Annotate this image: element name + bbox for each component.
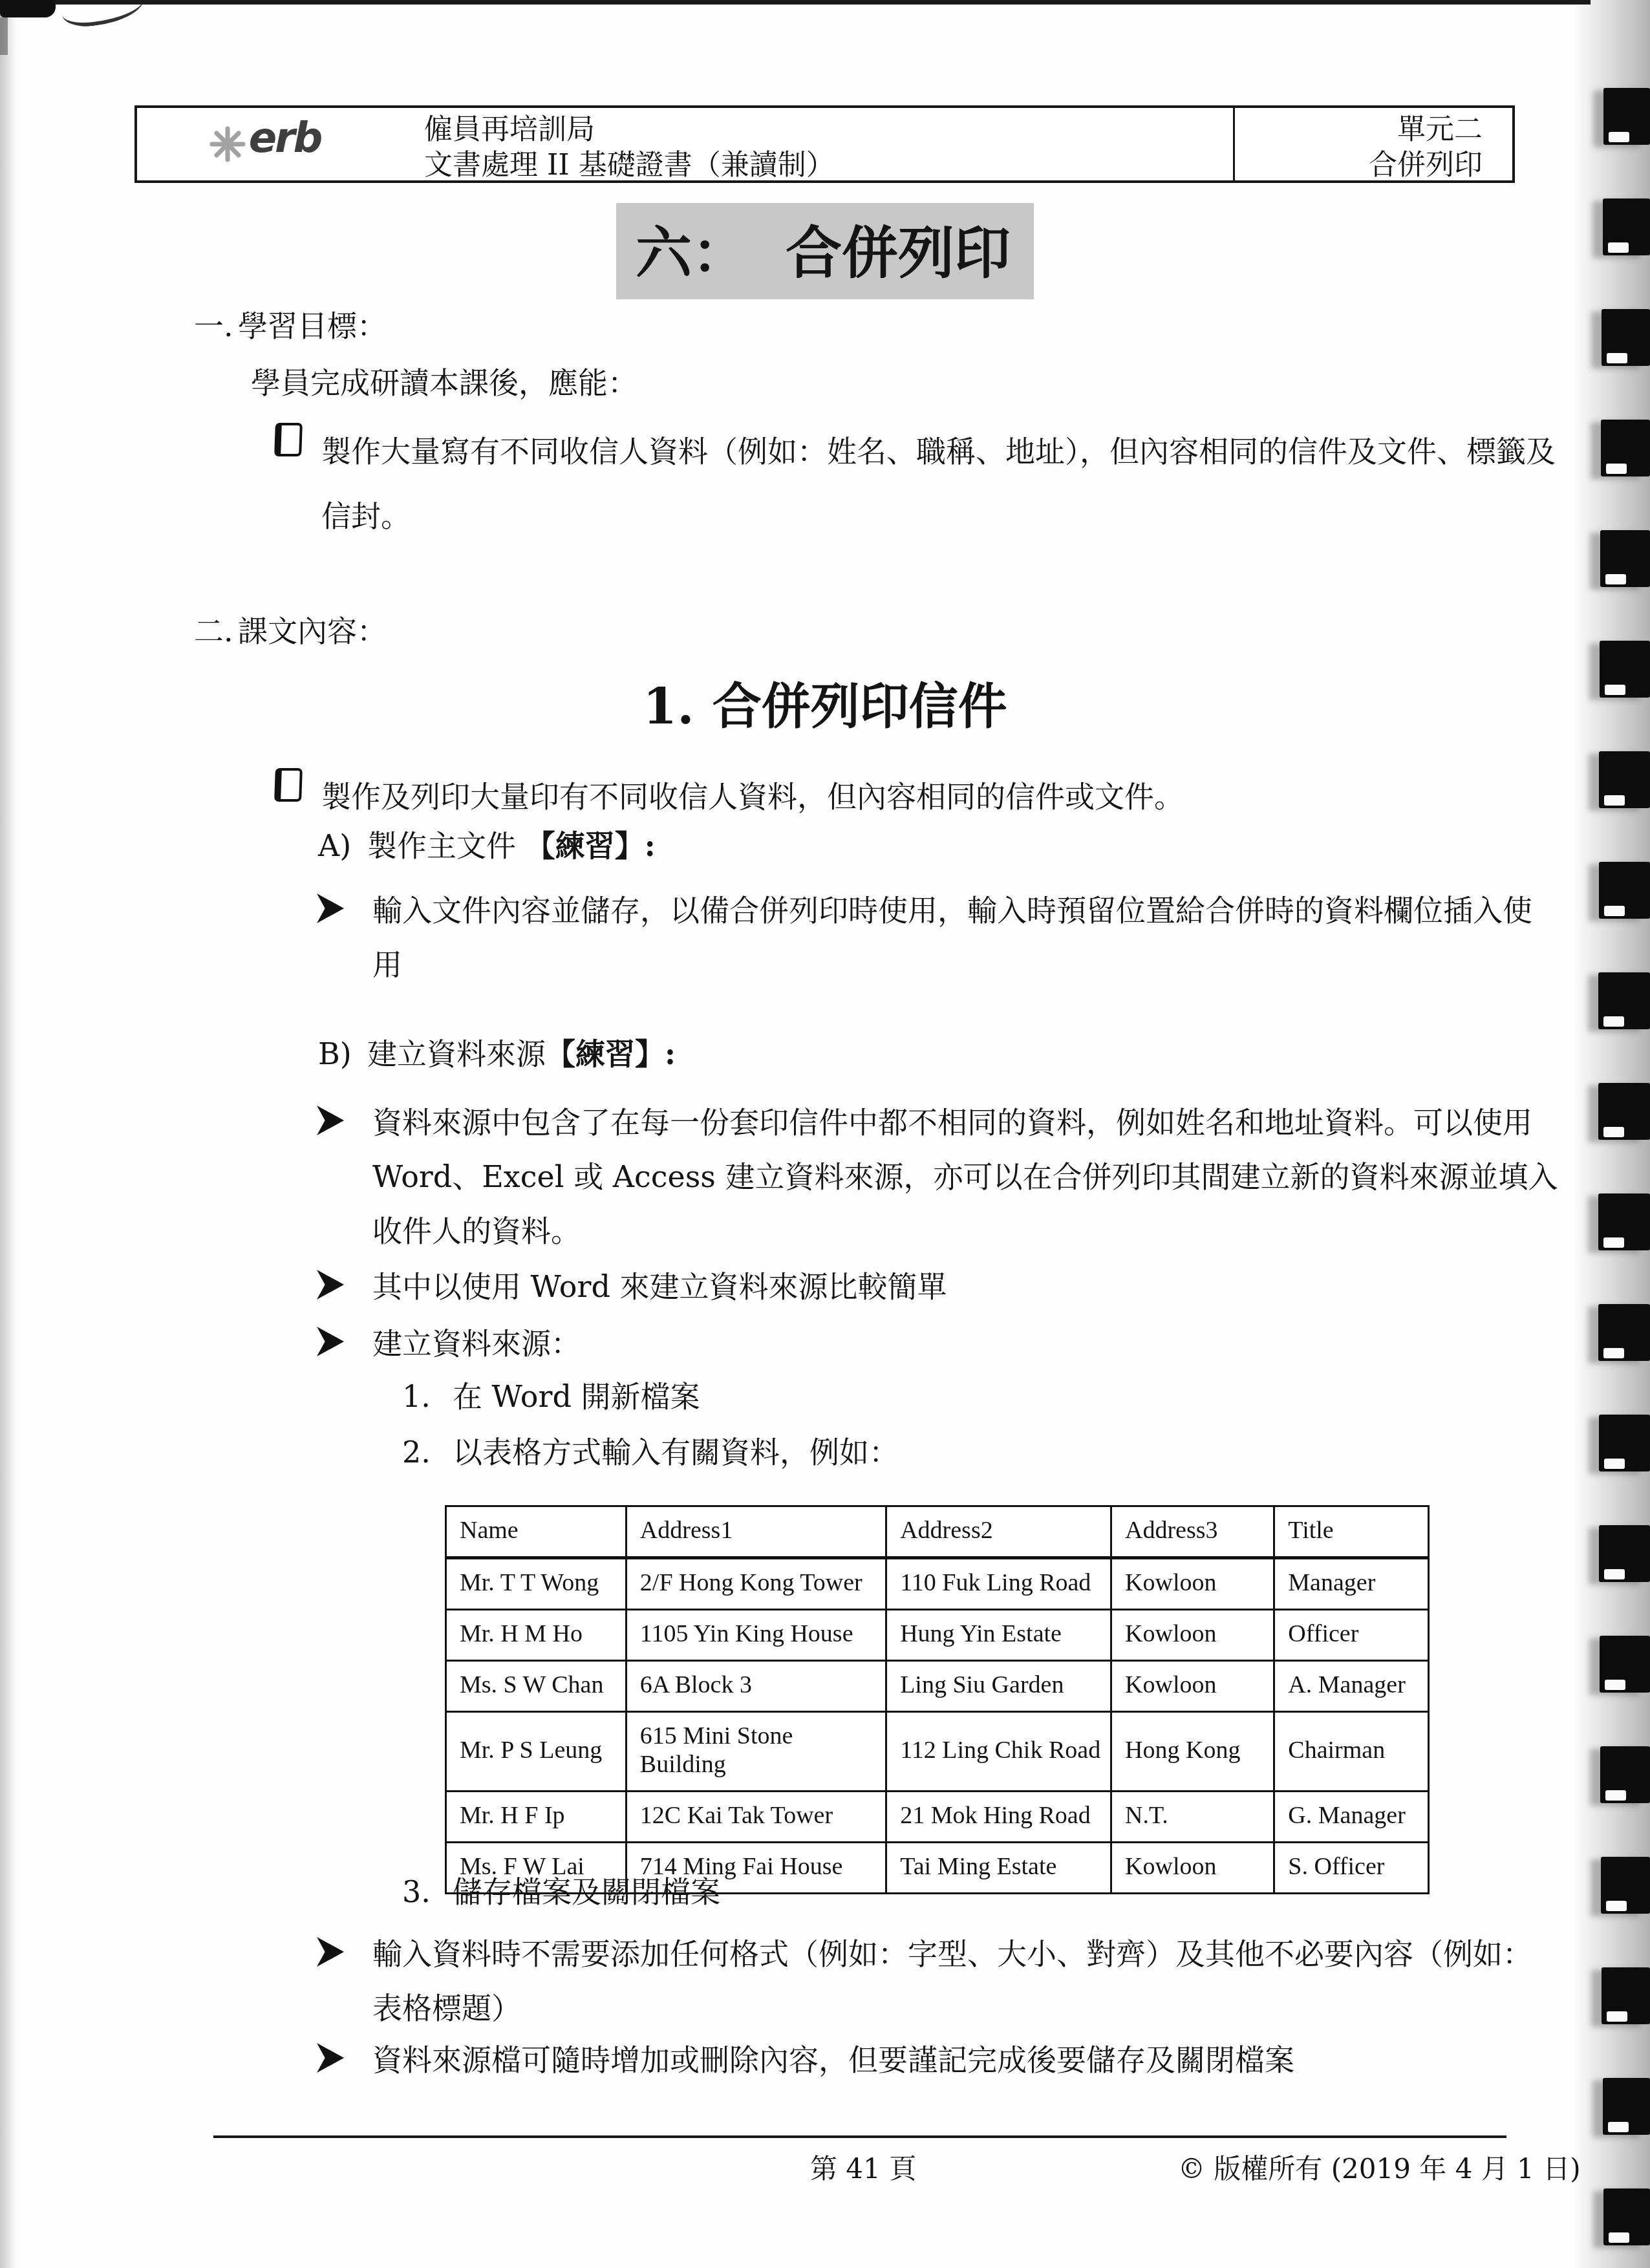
arrow-bullet: 輸入資料時不需要添加任何格式（例如：字型、大小、對齊）及其他不必要內容（例如：表… [317,1927,1532,2035]
step-item: 3.儲存檔案及關閉檔案 [402,1868,720,1911]
arrow-bullet-text: 資料來源中包含了在每一份套印信件中都不相同的資料，例如姓名和地址資料。可以使用 … [372,1095,1578,1258]
table-row: Mr. P S Leung615 Mini Stone Building112 … [446,1712,1429,1792]
chapter-name: 合併列印 [786,220,1011,286]
table-cell: Ling Siu Garden [886,1661,1111,1712]
erb-logo-text: erb [249,114,321,162]
binding-coil [1600,530,1650,587]
top-scan-edge [34,0,1591,5]
binding-coil [1599,751,1650,808]
table-cell: 615 Mini Stone Building [626,1712,886,1792]
org-name: 僱員再培訓局 [424,112,835,147]
table-cell: Chairman [1274,1712,1429,1792]
unit-label: 單元二 [1369,112,1483,147]
table-cell: Kowloon [1111,1661,1274,1712]
subsection-number: 1. [643,678,694,735]
objectives-intro: 學員完成研讀本課後，應能： [251,359,637,402]
arrow-bullet-text: 建立資料來源： [372,1316,1578,1371]
step-number: 2. [402,1435,453,1470]
footer-rule [213,2135,1506,2138]
subsection-title: 1.合併列印信件 [0,667,1650,738]
arrowhead-icon [317,1937,344,1967]
header-org-block: 僱員再培訓局 文書處理 II 基礎證書（兼讀制） [424,112,835,183]
table-cell: Hung Yin Estate [886,1610,1111,1661]
step-number: 1. [402,1379,453,1414]
arrowhead-icon [317,2043,344,2073]
table-cell: Hong Kong [1111,1712,1274,1792]
binding-coil [1602,1967,1650,2024]
arrow-bullet: 其中以使用 Word 來建立資料來源比較簡單 [317,1259,1578,1314]
table-cell: 21 Mok Hing Road [886,1792,1111,1843]
item-b-label: B) [318,1036,367,1071]
step-item: 1.在 Word 開新檔案 [402,1373,700,1416]
table-cell: 112 Ling Chik Road [886,1712,1111,1792]
arrow-bullet: 建立資料來源： [317,1316,1578,1371]
page-header-box: erb 僱員再培訓局 文書處理 II 基礎證書（兼讀制） 單元二 合併列印 [134,105,1515,183]
item-b-text: 建立資料來源 [367,1036,546,1071]
item-a-text: 製作主文件 [367,828,526,863]
binding-coil [1600,1746,1650,1803]
objectives-bullet: 製作大量寫有不同收信人資料（例如：姓名、職稱、地址），但內容相同的信件及文件、標… [275,419,1574,548]
course-name: 文書處理 II 基礎證書（兼讀制） [424,147,835,183]
arrowhead-icon [317,893,344,923]
column-header: Address3 [1111,1506,1274,1558]
arrow-bullet: 輸入文件內容並儲存，以備合併列印時使用，輸入時預留位置給合併時的資料欄位插入使用 [317,883,1536,992]
table-cell: Mr. T T Wong [446,1558,627,1610]
table-cell: Ms. S W Chan [446,1661,627,1712]
arrowhead-icon [317,1327,344,1356]
page-number: 第 41 頁 [810,2148,916,2187]
erb-logo: erb [209,114,321,162]
binding-coil [1600,1636,1650,1693]
section-objectives-heading: 一.學習目標： [194,303,387,345]
column-header: Address1 [626,1506,886,1558]
binding-coil [1601,1857,1650,1914]
section-title: 學習目標： [238,308,387,343]
table-cell: Officer [1274,1610,1429,1661]
binding-coil [1603,2188,1650,2245]
table-cell: N.T. [1111,1792,1274,1843]
content-bullet: 製作及列印大量印有不同收信人資料，但內容相同的信件或文件。 [275,764,1574,829]
header-divider [1233,108,1235,180]
binding-coil [1598,1193,1650,1250]
item-b: B)建立資料來源【練習】: [318,1031,676,1073]
section-content-heading: 二.課文內容： [194,608,387,650]
content-bullet-text: 製作及列印大量印有不同收信人資料，但內容相同的信件或文件。 [321,764,1574,829]
unit-topic: 合併列印 [1369,147,1483,183]
table-cell: 6A Block 3 [626,1661,886,1712]
arrow-bullet-text: 資料來源檔可隨時增加或刪除內容，但要謹記完成後要儲存及關閉檔案 [372,2033,1578,2087]
corner-scan-swish [61,0,145,30]
step-text: 在 Word 開新檔案 [453,1379,700,1414]
subsection-name: 合併列印信件 [712,678,1007,735]
arrow-bullet-text: 輸入資料時不需要添加任何格式（例如：字型、大小、對齊）及其他不必要內容（例如：表… [372,1927,1532,2035]
table-row: Mr. H F Ip12C Kai Tak Tower21 Mok Hing R… [446,1792,1429,1843]
table-cell: Tai Ming Estate [886,1843,1111,1894]
table-cell: Mr. H M Ho [446,1610,627,1661]
table-cell: 110 Fuk Ling Road [886,1558,1111,1610]
corner-scan-streak [0,17,8,55]
table-cell: G. Manager [1274,1792,1429,1843]
arrow-bullet-text: 其中以使用 Word 來建立資料來源比較簡單 [372,1259,1578,1314]
item-a-practice: 【練習】: [526,828,656,863]
header-unit-block: 單元二 合併列印 [1369,112,1483,183]
binding-coil [1599,1415,1650,1471]
binding-coil [1599,862,1650,919]
section-number: 一. [194,303,238,345]
chapter-title-highlight: 六：合併列印 [616,203,1034,299]
arrowhead-icon [317,1270,344,1300]
step-text: 以表格方式輸入有關資料，例如： [453,1435,899,1470]
chapter-number: 六： [636,220,748,286]
column-header: Name [446,1506,627,1558]
chapter-title: 六：合併列印 [0,203,1650,299]
table-cell: Mr. H F Ip [446,1792,627,1843]
table-row: Mr. H M Ho1105 Yin King HouseHung Yin Es… [446,1610,1429,1661]
table-cell: 1105 Yin King House [626,1610,886,1661]
table-cell: 12C Kai Tak Tower [626,1792,886,1843]
left-scan-shadow [0,0,17,2268]
step-number: 3. [402,1874,453,1909]
binding-coil [1603,2078,1650,2135]
section-title: 課文內容： [238,614,387,648]
arrow-bullet-text: 輸入文件內容並儲存，以備合併列印時使用，輸入時預留位置給合併時的資料欄位插入使用 [372,883,1536,992]
item-b-practice: 【練習】: [546,1036,676,1071]
checkbox-icon [274,768,303,802]
table-cell: Kowloon [1111,1558,1274,1610]
table-cell: S. Officer [1274,1843,1429,1894]
arrowhead-icon [317,1106,344,1135]
table-cell: Kowloon [1111,1843,1274,1894]
binding-coil [1598,1304,1650,1361]
objectives-bullet-text: 製作大量寫有不同收信人資料（例如：姓名、職稱、地址），但內容相同的信件及文件、標… [321,419,1574,548]
section-number: 二. [194,608,238,650]
item-a: A)製作主文件 【練習】: [318,822,656,865]
arrow-bullet: 資料來源中包含了在每一份套印信件中都不相同的資料，例如姓名和地址資料。可以使用 … [317,1095,1578,1258]
table-cell: 2/F Hong Kong Tower [626,1558,886,1610]
arrow-bullet: 資料來源檔可隨時增加或刪除內容，但要謹記完成後要儲存及關閉檔案 [317,2033,1578,2087]
binding-coil [1599,1525,1650,1582]
checkbox-icon [274,423,303,456]
table-cell: Mr. P S Leung [446,1712,627,1792]
table-header-row: NameAddress1Address2Address3Title [446,1506,1429,1558]
binding-coil [1598,1083,1650,1140]
binding-coil [1602,309,1650,366]
table-row: Ms. S W Chan6A Block 3Ling Siu GardenKow… [446,1661,1429,1712]
data-table: NameAddress1Address2Address3Title Mr. T … [445,1505,1430,1894]
step-item: 2.以表格方式輸入有關資料，例如： [402,1429,899,1471]
table-cell: Manager [1274,1558,1429,1610]
step-text: 儲存檔案及關閉檔案 [453,1874,720,1909]
column-header: Title [1274,1506,1429,1558]
table-cell: Kowloon [1111,1610,1274,1661]
table-cell: A. Manager [1274,1661,1429,1712]
table-row: Mr. T T Wong2/F Hong Kong Tower110 Fuk L… [446,1558,1429,1610]
binding-coil [1598,972,1650,1029]
column-header: Address2 [886,1506,1111,1558]
corner-scan-mark [0,0,56,17]
copyright-notice: © 版權所有 (2019 年 4 月 1 日) [1178,2148,1581,2187]
item-a-label: A) [318,828,367,863]
binding-coil [1603,88,1650,145]
scanned-page: erb 僱員再培訓局 文書處理 II 基礎證書（兼讀制） 單元二 合併列印 六：… [0,0,1650,2268]
binding-coil [1601,420,1650,476]
